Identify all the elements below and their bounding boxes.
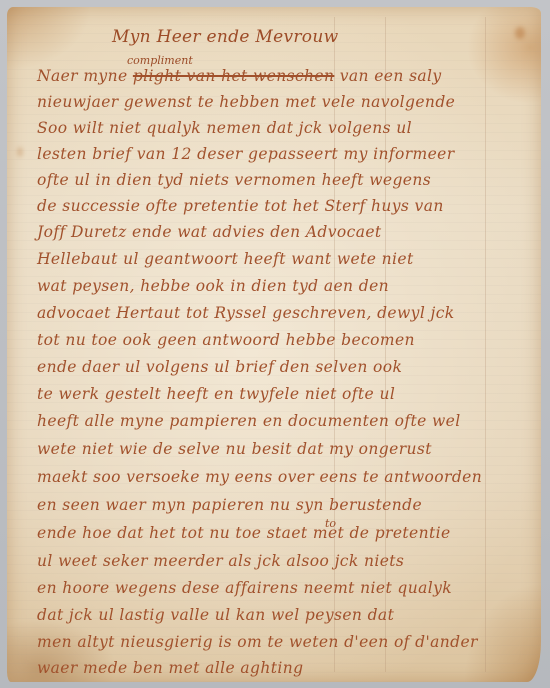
letter-line: Naer myne plight van het wenschen van ee…	[37, 67, 442, 85]
letter-paper: Myn Heer ende Mevrouw compliment to Naer…	[7, 7, 541, 682]
letter-line: heeft alle myne pampieren en documenten …	[37, 412, 461, 430]
letter-line: ofte ul in dien tyd niets vernomen heeft…	[37, 171, 431, 189]
letter-line: Hellebaut ul geantwoort heeft want wete …	[37, 250, 414, 268]
letter-line: men altyt nieusgierig is om te weten d'e…	[37, 633, 478, 651]
letter-line: ende daer ul volgens ul brief den selven…	[37, 358, 402, 376]
letter-line: de successie ofte pretentie tot het Ster…	[37, 197, 444, 215]
letter-line: Soo wilt niet qualyk nemen dat jck volge…	[37, 119, 412, 137]
letter-line: nieuwjaer gewenst te hebben met vele nav…	[37, 93, 455, 111]
letter-line: wat peysen, hebbe ook in dien tyd aen de…	[37, 277, 389, 295]
struck-text: plight van het wenschen	[133, 67, 335, 85]
letter-line: wete niet wie de selve nu besit dat my o…	[37, 440, 432, 458]
letter-line: en seen waer myn papieren nu syn beruste…	[37, 496, 422, 514]
letter-body: Myn Heer ende Mevrouw compliment to Naer…	[7, 7, 541, 682]
letter-line: waer mede ben met alle aghting	[37, 659, 303, 677]
letter-line: en hoore wegens dese affairens neemt nie…	[37, 579, 452, 597]
letter-line: ende hoe dat het tot nu toe staet met de…	[37, 524, 451, 542]
letter-line: dat jck ul lastig valle ul kan wel peyse…	[37, 606, 394, 624]
letter-line: advocaet Hertaut tot Ryssel geschreven, …	[37, 304, 455, 322]
letter-line: ul weet seker meerder als jck alsoo jck …	[37, 552, 404, 570]
letter-line: maekt soo versoeke my eens over eens te …	[37, 468, 482, 486]
insertion-note: compliment	[127, 54, 193, 67]
line-text: van een saly	[334, 67, 441, 85]
letter-line: tot nu toe ook geen antwoord hebbe becom…	[37, 331, 415, 349]
letter-line: Joff Duretz ende wat advies den Advocaet	[37, 223, 382, 241]
line-text: Naer myne	[37, 67, 133, 85]
letter-line: te werk gestelt heeft en twyfele niet of…	[37, 385, 395, 403]
letter-line: lesten brief van 12 deser gepasseert my …	[37, 145, 455, 163]
salutation: Myn Heer ende Mevrouw	[112, 27, 338, 47]
